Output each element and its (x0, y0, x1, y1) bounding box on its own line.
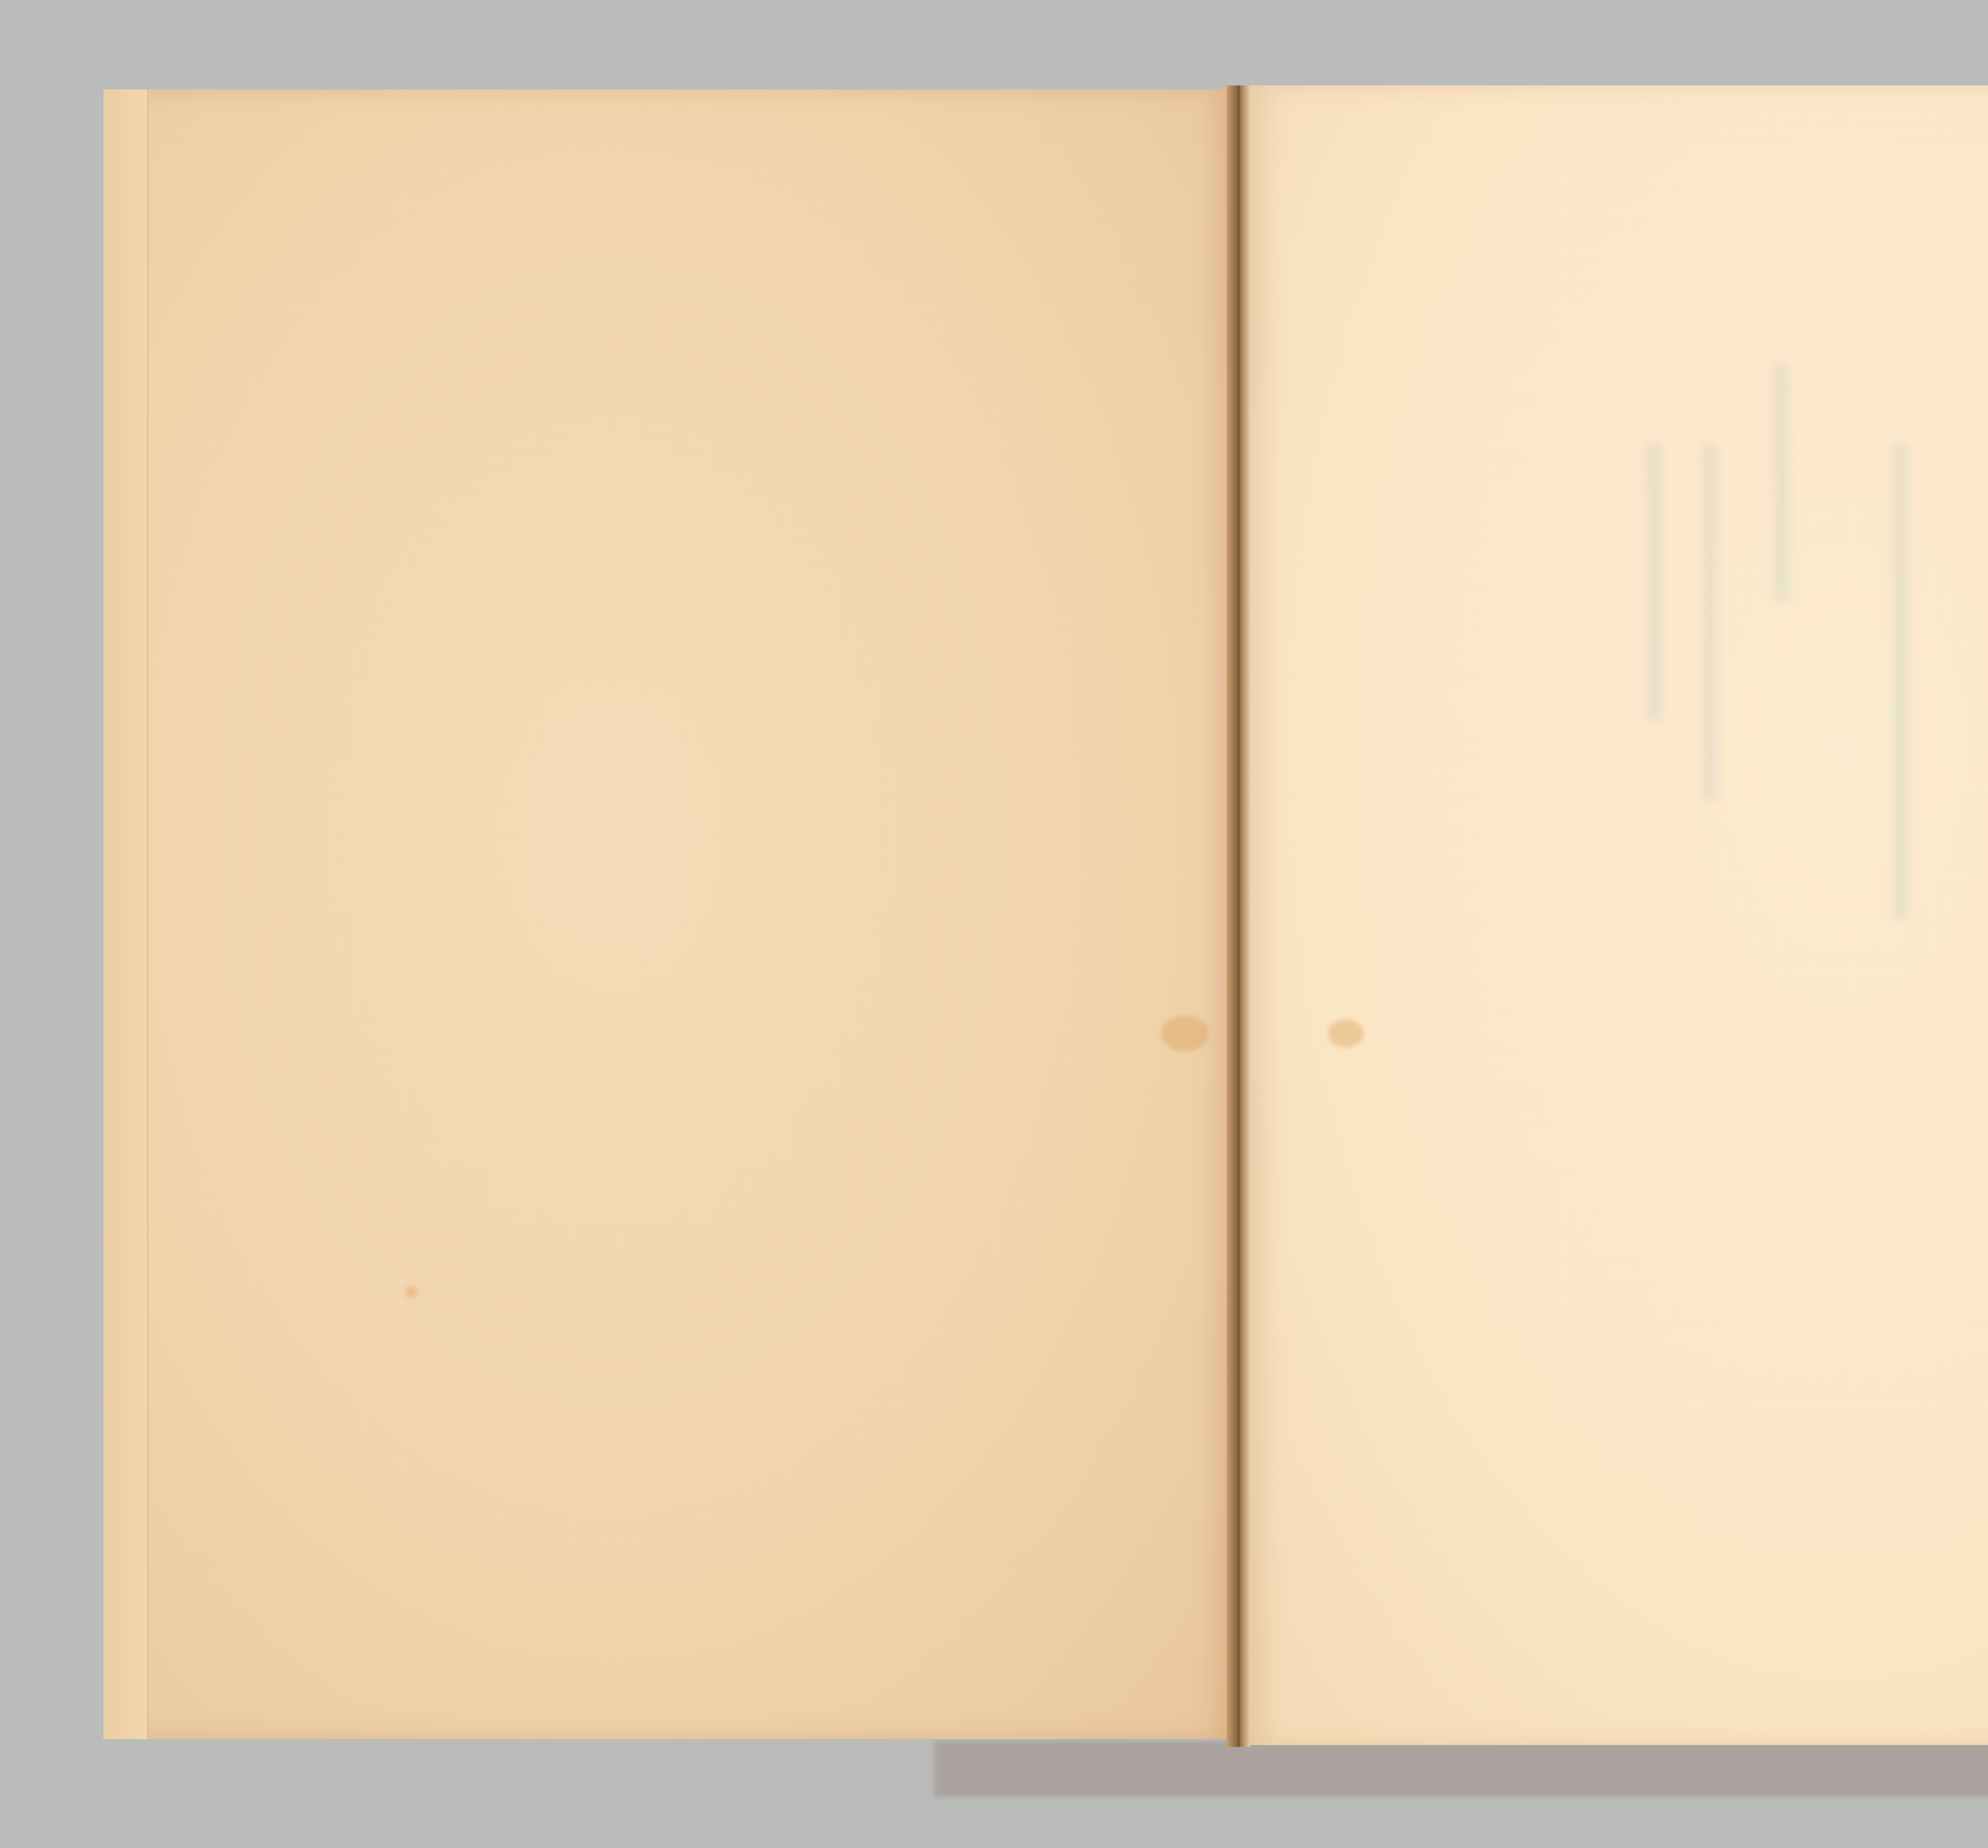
left-page-fold-edge (103, 89, 148, 1739)
foxing-stain (406, 1286, 417, 1298)
foxing-stain (1161, 1016, 1209, 1051)
bleed-through-mark (1702, 443, 1718, 801)
left-page (103, 89, 1233, 1739)
bleed-through-mark (1893, 443, 1908, 920)
foxing-stain (1328, 1020, 1364, 1047)
book-gutter (1227, 85, 1250, 1747)
open-book (103, 85, 1988, 1747)
bleed-through-mark (1646, 443, 1662, 721)
bleed-through-mark (1773, 364, 1789, 602)
book-shadow (934, 1741, 1988, 1797)
right-page (1248, 85, 1988, 1745)
